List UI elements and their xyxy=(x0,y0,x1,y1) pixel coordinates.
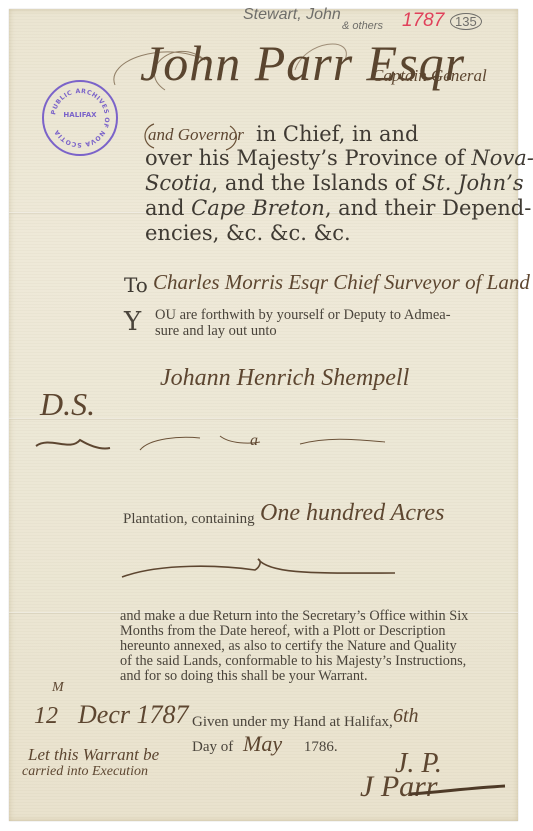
flourish-line-icon xyxy=(30,430,400,460)
instruction-line-2: sure and lay out unto xyxy=(155,323,277,340)
header-line-3: Scotia, and the Islands of St. John’s xyxy=(145,171,524,195)
return-clause: and make a due Return into the Secretary… xyxy=(120,609,468,684)
governor-title-handwritten: Captain General xyxy=(372,66,487,86)
header-line-5: encies, &c. &c. &c. xyxy=(145,221,351,245)
signature-underline-icon xyxy=(410,780,510,800)
return-clause-line: of the said Lands, conformable to his Ma… xyxy=(120,654,468,669)
header-line-1: in Chief, in and xyxy=(256,122,418,146)
flourish-line-icon xyxy=(120,555,400,585)
header-line-4: and Cape Breton, and their Depend- xyxy=(145,196,531,220)
execution-note-line-1: Let this Warrant be xyxy=(28,745,159,765)
given-day-handwritten: 6th xyxy=(393,705,419,728)
return-clause-line: and for so doing this shall be your Warr… xyxy=(120,669,468,684)
given-month-handwritten: May xyxy=(243,731,282,756)
to-label: To xyxy=(124,273,148,297)
instruction-line-1: OU are forthwith by yourself or Deputy t… xyxy=(155,307,451,324)
grantee-name-handwritten: Johann Henrich Shempell xyxy=(160,365,409,392)
execution-number: 12 xyxy=(34,703,58,730)
return-clause-line: and make a due Return into the Secretary… xyxy=(120,609,468,624)
acreage-handwritten: One hundred Acres xyxy=(260,500,444,527)
execution-date-handwritten: Decr 1787 xyxy=(78,700,188,730)
dropcap-y: Y xyxy=(124,310,141,334)
red-year-annotation: 1787 xyxy=(402,10,444,32)
circled-number: 135 xyxy=(450,13,482,31)
return-clause-line: hereunto annexed, as also to certify the… xyxy=(120,639,468,654)
folio-number: 135 xyxy=(450,13,482,30)
addressee-handwritten: Charles Morris Esqr Chief Surveyor of La… xyxy=(153,270,530,295)
return-clause-line: Months from the Date hereof, with a Plot… xyxy=(120,624,468,639)
pencil-annotation-name: Stewart, John xyxy=(243,6,341,24)
execution-note-line-2: carried into Execution xyxy=(22,764,148,780)
given-line-2: Day of May 1786. xyxy=(192,731,338,757)
stamp-center-text: HALIFAX xyxy=(44,111,116,119)
plantation-label: Plantation, containing xyxy=(123,511,255,528)
header-line-2: over his Majesty’s Province of Nova- xyxy=(145,146,533,170)
given-line-1: Given under my Hand at Halifax, xyxy=(192,714,393,731)
ds-initials-handwritten: D.S. xyxy=(40,386,95,423)
margin-mark: M xyxy=(52,680,64,696)
article-a-handwritten: a xyxy=(250,432,258,450)
